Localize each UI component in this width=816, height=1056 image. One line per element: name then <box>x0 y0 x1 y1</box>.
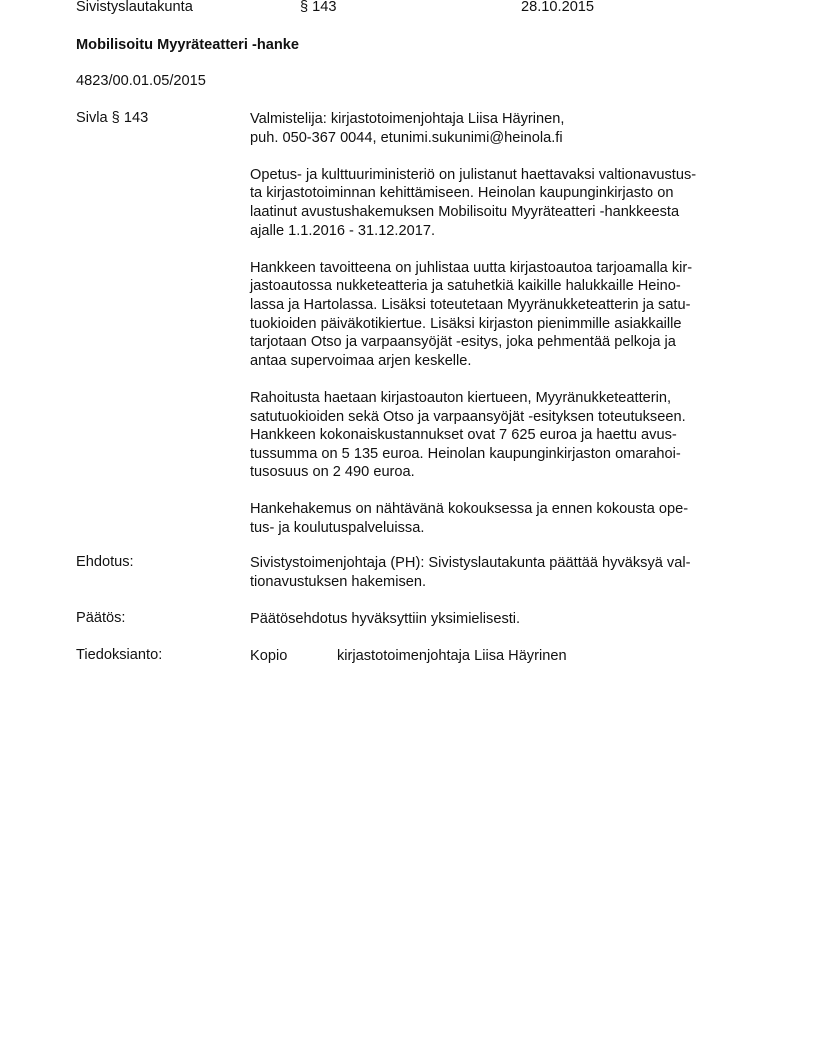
text-line: ta kirjastotoiminnan kehittämiseen. Hein… <box>250 184 750 203</box>
text-line: Hankkeen tavoitteena on juhlistaa uutta … <box>250 259 750 278</box>
header-committee: Sivistyslautakunta <box>76 0 193 15</box>
decision-label: Päätös: <box>76 610 126 626</box>
text-line: tarjotaan Otso ja varpaansyöjät -esitys,… <box>250 333 750 352</box>
text-line: laatinut avustushakemuksen Mobilisoitu M… <box>250 203 750 222</box>
text-line: tusosuus on 2 490 euroa. <box>250 463 750 482</box>
proposal-label: Ehdotus: <box>76 554 134 570</box>
notification-content: Kopiokirjastotoimenjohtaja Liisa Häyrine… <box>250 647 750 666</box>
paragraph-goals: Hankkeen tavoitteena on juhlistaa uutta … <box>250 259 750 371</box>
notification-recipient: kirjastotoimenjohtaja Liisa Häyrinen <box>337 648 567 664</box>
notification-label: Tiedoksianto: <box>76 647 162 663</box>
text-line: antaa supervoimaa arjen keskelle. <box>250 352 750 371</box>
decision-content: Päätösehdotus hyväksyttiin yksimielisest… <box>250 610 750 629</box>
main-section-content: Valmistelija: kirjastotoimenjohtaja Liis… <box>250 110 750 556</box>
header-section: § 143 <box>300 0 337 15</box>
text-line: satutuokioiden sekä Otso ja varpaansyöjä… <box>250 408 750 427</box>
text-line: jastoautossa nukketeatteria ja satuhetki… <box>250 277 750 296</box>
preparer-line: Valmistelija: kirjastotoimenjohtaja Liis… <box>250 110 750 129</box>
document-number: 4823/00.01.05/2015 <box>76 73 206 89</box>
text-line: Hankkeen kokonaiskustannukset ovat 7 625… <box>250 426 750 445</box>
decision-text: Päätösehdotus hyväksyttiin yksimielisest… <box>250 610 750 629</box>
proposal-content: Sivistystoimenjohtaja (PH): Sivistyslaut… <box>250 554 750 591</box>
main-section-label: Sivla § 143 <box>76 110 148 126</box>
text-line: tionavustuksen hakemisen. <box>250 573 750 592</box>
text-line: tussumma on 5 135 euroa. Heinolan kaupun… <box>250 445 750 464</box>
paragraph-availability: Hankehakemus on nähtävänä kokouksessa ja… <box>250 500 750 537</box>
document-title: Mobilisoitu Myyräteatteri -hanke <box>76 37 299 53</box>
paragraph-background: Opetus- ja kulttuuriministeriö on julist… <box>250 166 750 240</box>
text-line: lassa ja Hartolassa. Lisäksi toteutetaan… <box>250 296 750 315</box>
text-line: Opetus- ja kulttuuriministeriö on julist… <box>250 166 750 185</box>
text-line: Sivistystoimenjohtaja (PH): Sivistyslaut… <box>250 554 750 573</box>
header-date: 28.10.2015 <box>521 0 594 15</box>
text-line: tuokioiden päiväkotikiertue. Lisäksi kir… <box>250 315 750 334</box>
text-line: ajalle 1.1.2016 - 31.12.2017. <box>250 222 750 241</box>
preparer-contact-line: puh. 050-367 0044, etunimi.sukunimi@hein… <box>250 129 750 148</box>
text-line: tus- ja koulutuspalveluissa. <box>250 519 750 538</box>
text-line: Rahoitusta haetaan kirjastoauton kiertue… <box>250 389 750 408</box>
text-line: Hankehakemus on nähtävänä kokouksessa ja… <box>250 500 750 519</box>
notification-type: Kopio <box>250 647 337 666</box>
preparer-info: Valmistelija: kirjastotoimenjohtaja Liis… <box>250 110 750 147</box>
paragraph-funding: Rahoitusta haetaan kirjastoauton kiertue… <box>250 389 750 482</box>
